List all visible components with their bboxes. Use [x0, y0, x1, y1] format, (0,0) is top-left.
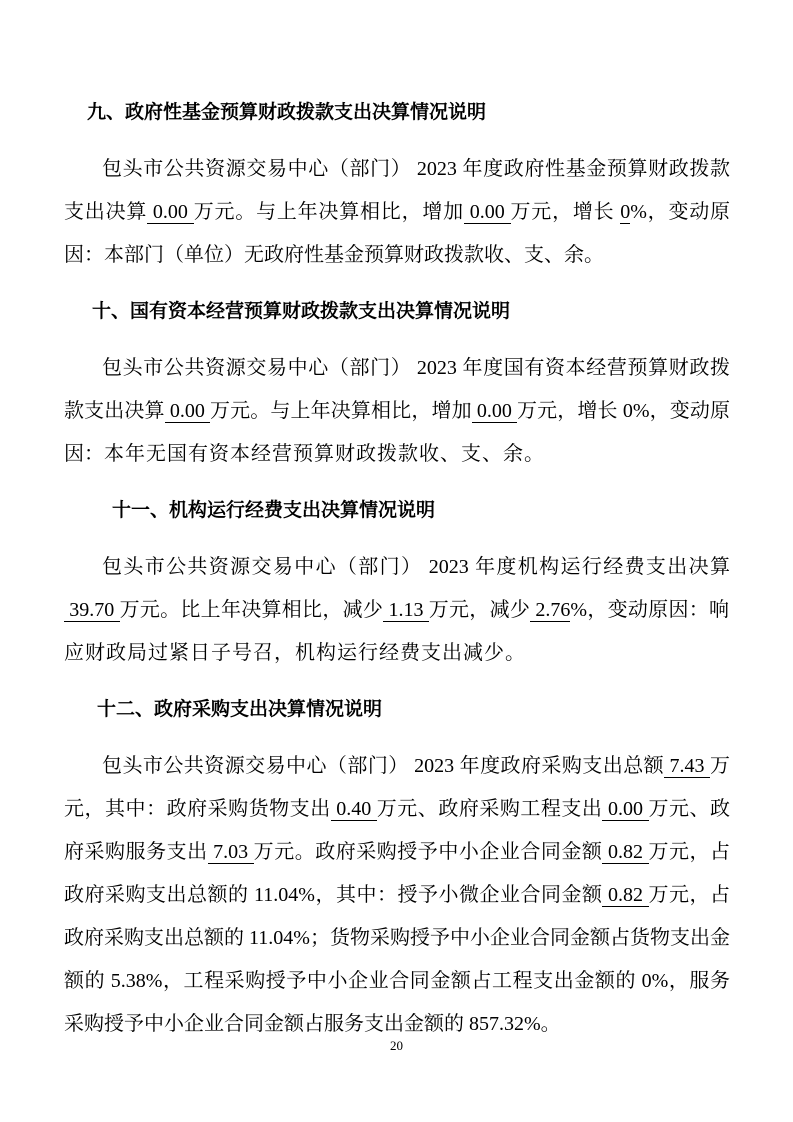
- section-heading: 十、国有资本经营预算财政拨款支出决算情况说明: [64, 290, 730, 333]
- underlined-value: 0.00: [464, 201, 511, 224]
- underlined-value: 0.00: [165, 400, 210, 423]
- text-run: 万元，减少: [429, 599, 530, 621]
- section-state-capital-budget: 十、国有资本经营预算财政拨款支出决算情况说明 包头市公共资源交易中心（部门） 2…: [64, 290, 730, 476]
- underlined-value: 7.43: [664, 755, 710, 778]
- underlined-value: 0.82: [602, 884, 648, 907]
- text-run: 万元。比上年决算相比，减少: [120, 599, 384, 621]
- section-heading: 十二、政府采购支出决算情况说明: [64, 688, 730, 731]
- section-heading: 十一、机构运行经费支出决算情况说明: [64, 489, 730, 532]
- text-run: 包头市公共资源交易中心（部门） 2023 年度政府采购支出总额: [102, 755, 664, 777]
- underlined-value: 1.13: [383, 599, 429, 622]
- document-body: 九、政府性基金预算财政拨款支出决算情况说明 包头市公共资源交易中心（部门） 20…: [0, 0, 793, 1046]
- underlined-value: 0.00: [147, 201, 194, 224]
- document-page: 九、政府性基金预算财政拨款支出决算情况说明 包头市公共资源交易中心（部门） 20…: [0, 0, 793, 1122]
- text-run: 万元，增长: [511, 201, 621, 223]
- section-operating-expense: 十一、机构运行经费支出决算情况说明 包头市公共资源交易中心（部门） 2023 年…: [64, 489, 730, 675]
- section-paragraph: 包头市公共资源交易中心（部门） 2023 年度政府性基金预算财政拨款支出决算 0…: [64, 148, 730, 277]
- underlined-value: 0.00: [472, 400, 517, 423]
- section-paragraph: 包头市公共资源交易中心（部门） 2023 年度政府采购支出总额 7.43 万元，…: [64, 745, 730, 1046]
- underlined-value: 0.00: [602, 798, 648, 821]
- text-run: 万元、政府采购工程支出: [377, 798, 603, 820]
- underlined-value: 39.70: [64, 599, 120, 622]
- section-paragraph: 包头市公共资源交易中心（部门） 2023 年度机构运行经费支出决算 39.70 …: [64, 546, 730, 675]
- underlined-value: 0.82: [602, 841, 648, 864]
- section-heading: 九、政府性基金预算财政拨款支出决算情况说明: [64, 91, 730, 134]
- text-run: 万元。与上年决算相比，增加: [194, 201, 464, 223]
- text-run: 本年无国有资本经营预算财政拨款收、支、余。: [104, 443, 545, 465]
- text-run: 包头市公共资源交易中心（部门） 2023 年度机构运行经费支出决算: [102, 556, 730, 578]
- section-gov-procurement: 十二、政府采购支出决算情况说明 包头市公共资源交易中心（部门） 2023 年度政…: [64, 688, 730, 1046]
- underlined-value: 7.03: [208, 841, 254, 864]
- text-run: 万元。与上年决算相比，增加: [210, 400, 472, 422]
- text-run: 万元。政府采购授予中小企业合同金额: [254, 841, 603, 863]
- text-run: %，变动原因：: [570, 599, 709, 621]
- underlined-value: 2.76: [530, 599, 570, 622]
- section-paragraph: 包头市公共资源交易中心（部门） 2023 年度国有资本经营预算财政拨款支出决算 …: [64, 347, 730, 476]
- underlined-value: 0: [620, 201, 630, 224]
- page-number: 20: [0, 1038, 793, 1054]
- section-gov-fund-budget: 九、政府性基金预算财政拨款支出决算情况说明 包头市公共资源交易中心（部门） 20…: [64, 91, 730, 277]
- underlined-value: 0.40: [331, 798, 377, 821]
